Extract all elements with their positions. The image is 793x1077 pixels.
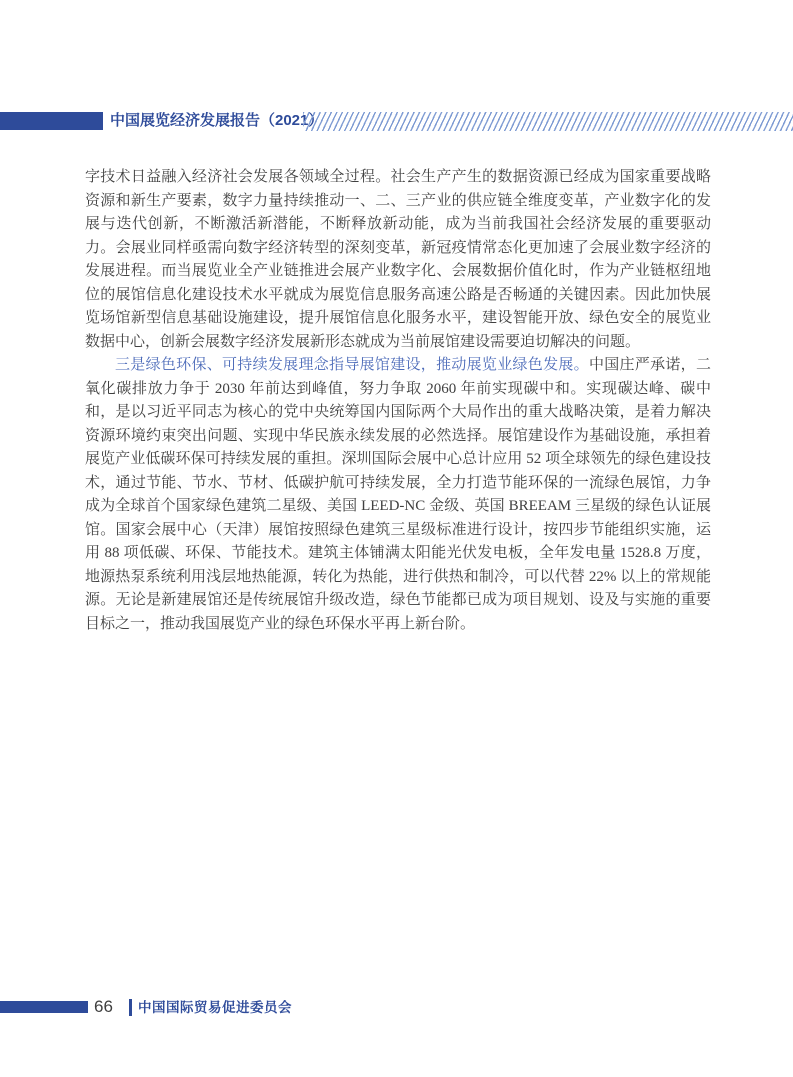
paragraph-lead-sentence: 三是绿色环保、可持续发展理念指导展馆建设，推动展览业绿色发展。 bbox=[115, 357, 589, 373]
paragraph-green-development: 三是绿色环保、可持续发展理念指导展馆建设，推动展览业绿色发展。中国庄严承诺，二氧… bbox=[85, 354, 711, 636]
body-text-block: 字技术日益融入经济社会发展各领域全过程。社会生产产生的数据资源已经成为国家重要战… bbox=[85, 166, 711, 636]
report-title: 中国展览经济发展报告（2021） bbox=[110, 112, 323, 130]
paragraph-continuation: 字技术日益融入经济社会发展各领域全过程。社会生产产生的数据资源已经成为国家重要战… bbox=[85, 166, 711, 354]
paragraph-body-sentence: 中国庄严承诺，二氧化碳排放力争于 2030 年前达到峰值，努力争取 2060 年… bbox=[85, 357, 711, 632]
report-page: 中国展览经济发展报告（2021） 字技术日益融入经济社会发展各领域全过程。社会生… bbox=[0, 0, 793, 1077]
page-number: 66 bbox=[94, 998, 113, 1016]
header-hatch-pattern bbox=[303, 112, 793, 131]
footer-divider bbox=[129, 999, 132, 1016]
footer-organization: 中国国际贸易促进委员会 bbox=[138, 1001, 292, 1015]
header-accent-bar bbox=[0, 112, 103, 130]
footer-accent-bar bbox=[0, 1001, 88, 1013]
